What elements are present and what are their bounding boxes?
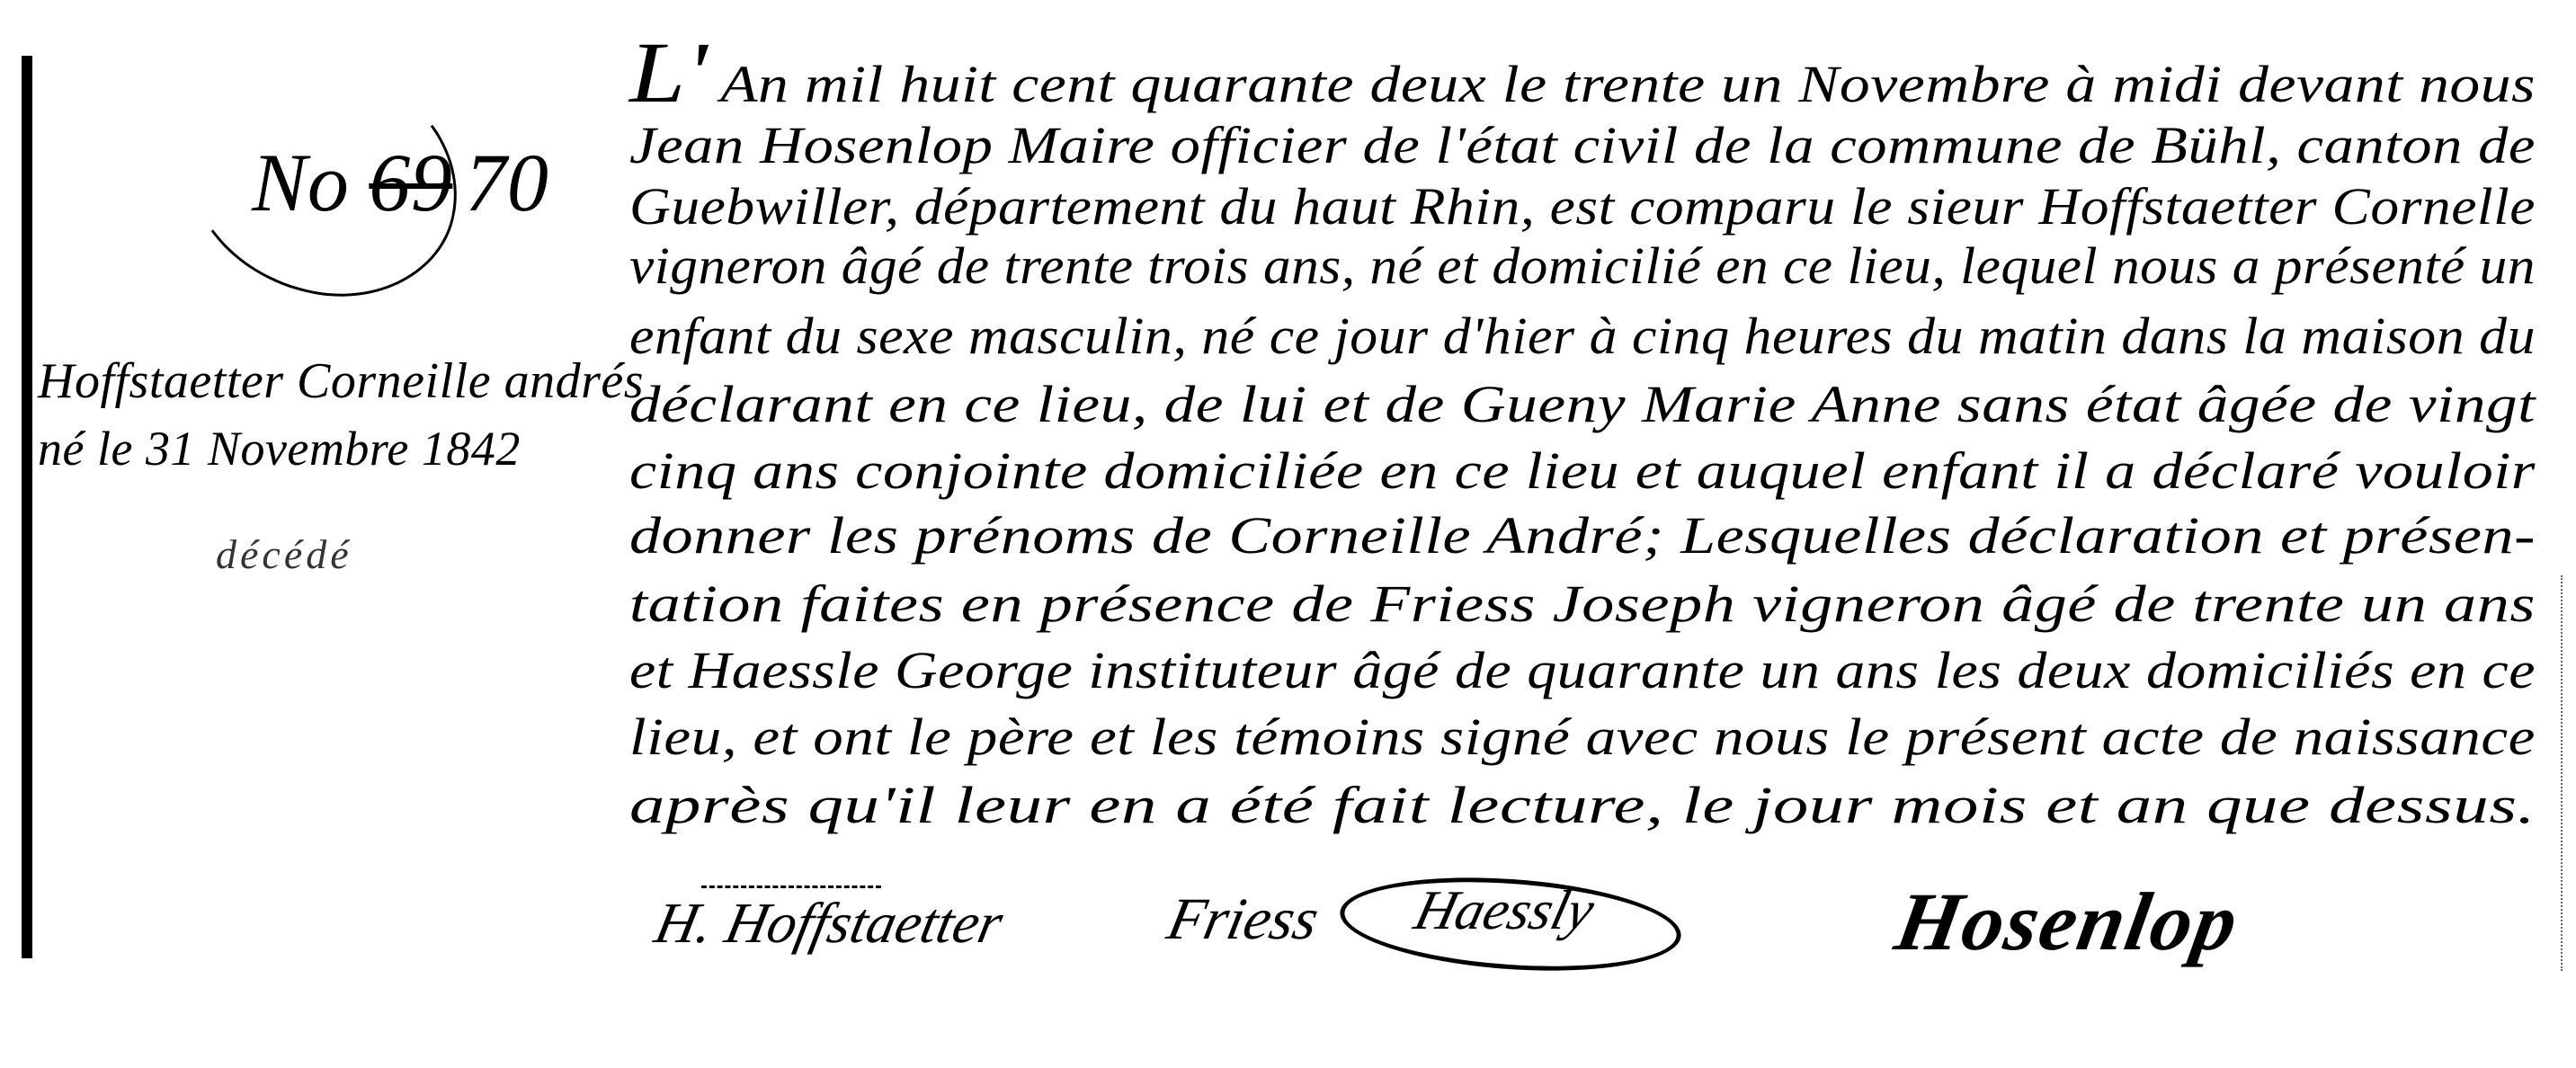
drop-cap: L'	[629, 24, 708, 120]
body-line-2: Jean Hosenlop Maire officier de l'état c…	[629, 115, 2545, 175]
body-line-4: vigneron âgé de trente trois ans, né et …	[629, 236, 2545, 296]
body-line-6: déclarant en ce lieu, de lui et de Gueny…	[629, 374, 2545, 434]
body-line-1: L'An mil huit cent quarante deux le tren…	[629, 47, 2545, 114]
body-line-12: après qu'il leur en a été fait lecture, …	[629, 775, 2545, 835]
margin-rule	[22, 56, 32, 958]
body-line-text: cinq ans conjointe domiciliée en ce lieu…	[629, 441, 2536, 501]
body-line-10: et Haessle George instituteur âgé de qua…	[629, 640, 2545, 700]
body-line-text: Guebwiller, département du haut Rhin, es…	[629, 176, 2536, 236]
record-number-value: 70	[465, 137, 548, 228]
record-number: No6970	[252, 135, 548, 230]
body-line-9: tation faites en présence de Friess Jose…	[629, 574, 2545, 634]
body-line-text: donner les prénoms de Corneille André; L…	[629, 505, 2536, 565]
document-page: No6970 Hoffstaetter Corneille andrés né …	[0, 0, 2576, 1068]
signature-father: H. Hoffstaetter	[649, 890, 1009, 957]
body-line-11: lieu, et ont le père et les témoins sign…	[629, 707, 2545, 767]
signature-witness-2: Haessly	[1408, 879, 1600, 943]
margin-entry-status: décédé	[216, 530, 352, 578]
body-line-5: enfant du sexe masculin, né ce jour d'hi…	[629, 306, 2545, 366]
record-number-struck: 69	[369, 137, 452, 228]
body-line-8: donner les prénoms de Corneille André; L…	[629, 505, 2545, 565]
body-line-text: An mil huit cent quarante deux le trente…	[720, 55, 2536, 113]
body-line-text: Jean Hosenlop Maire officier de l'état c…	[629, 115, 2536, 175]
margin-entry-birth: né le 31 Novembre 1842	[38, 421, 521, 476]
body-line-text: après qu'il leur en a été fait lecture, …	[629, 775, 2536, 835]
body-line-text: et Haessle George instituteur âgé de qua…	[629, 640, 2536, 700]
body-line-text: lieu, et ont le père et les témoins sign…	[629, 707, 2536, 767]
body-line-text: vigneron âgé de trente trois ans, né et …	[629, 236, 2536, 296]
body-line-text: enfant du sexe masculin, né ce jour d'hi…	[629, 306, 2536, 366]
body-line-7: cinq ans conjointe domiciliée en ce lieu…	[629, 441, 2545, 501]
signature-mayor: Hosenlop	[1889, 874, 2247, 969]
body-line-text: déclarant en ce lieu, de lui et de Gueny…	[629, 374, 2536, 434]
page-edge-speckle	[2561, 575, 2564, 971]
record-number-prefix: No	[252, 137, 349, 228]
margin-entry-name: Hoffstaetter Corneille andrés	[38, 352, 644, 410]
body-line-text: tation faites en présence de Friess Jose…	[629, 574, 2536, 634]
body-line-3: Guebwiller, département du haut Rhin, es…	[629, 176, 2545, 236]
signature-witness-1: Friess	[1162, 886, 1324, 954]
